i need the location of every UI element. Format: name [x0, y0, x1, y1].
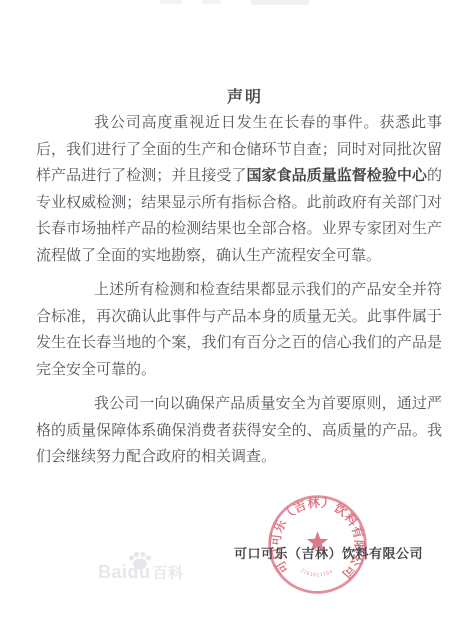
statement-paragraph-2: 上述所有检测和检查结果都显示我们的产品安全并符合标准，再次确认此事件与产品本身的…: [36, 277, 442, 383]
cropped-line-remnant: [202, 0, 221, 4]
watermark-baike: 百科: [153, 565, 184, 582]
seal-serial-number: 2201021704: [299, 568, 334, 579]
company-signature: 可口可乐（吉林）饮料有限公司: [234, 543, 416, 562]
inspection-center-name: 国家食品质量监督检验中心: [247, 168, 427, 184]
statement-paragraph-1: 我公司高度重视近日发生在长春的事件。获悉此事后，我们进行了全面的生产和仓储环节自…: [36, 110, 442, 269]
statement-paragraph-3: 我公司一向以确保产品质量安全为首要原则，通过严格的质量保障体系确保消费者获得安全…: [36, 391, 442, 471]
statement-body: 我公司高度重视近日发生在长春的事件。获悉此事后，我们进行了全面的生产和仓储环节自…: [36, 110, 442, 479]
cropped-line-remnant: [251, 0, 309, 5]
statement-title: 声明: [227, 84, 263, 107]
watermark-text: Baidu百科: [98, 562, 184, 583]
baidu-baike-watermark: Baidu百科: [98, 551, 184, 583]
watermark-bai: Bai: [98, 562, 128, 582]
cropped-line-remnant: [160, 0, 182, 4]
statement-document: 声明 我公司高度重视近日发生在长春的事件。获悉此事后，我们进行了全面的生产和仓储…: [0, 0, 473, 621]
paw-print-icon: [126, 550, 154, 570]
